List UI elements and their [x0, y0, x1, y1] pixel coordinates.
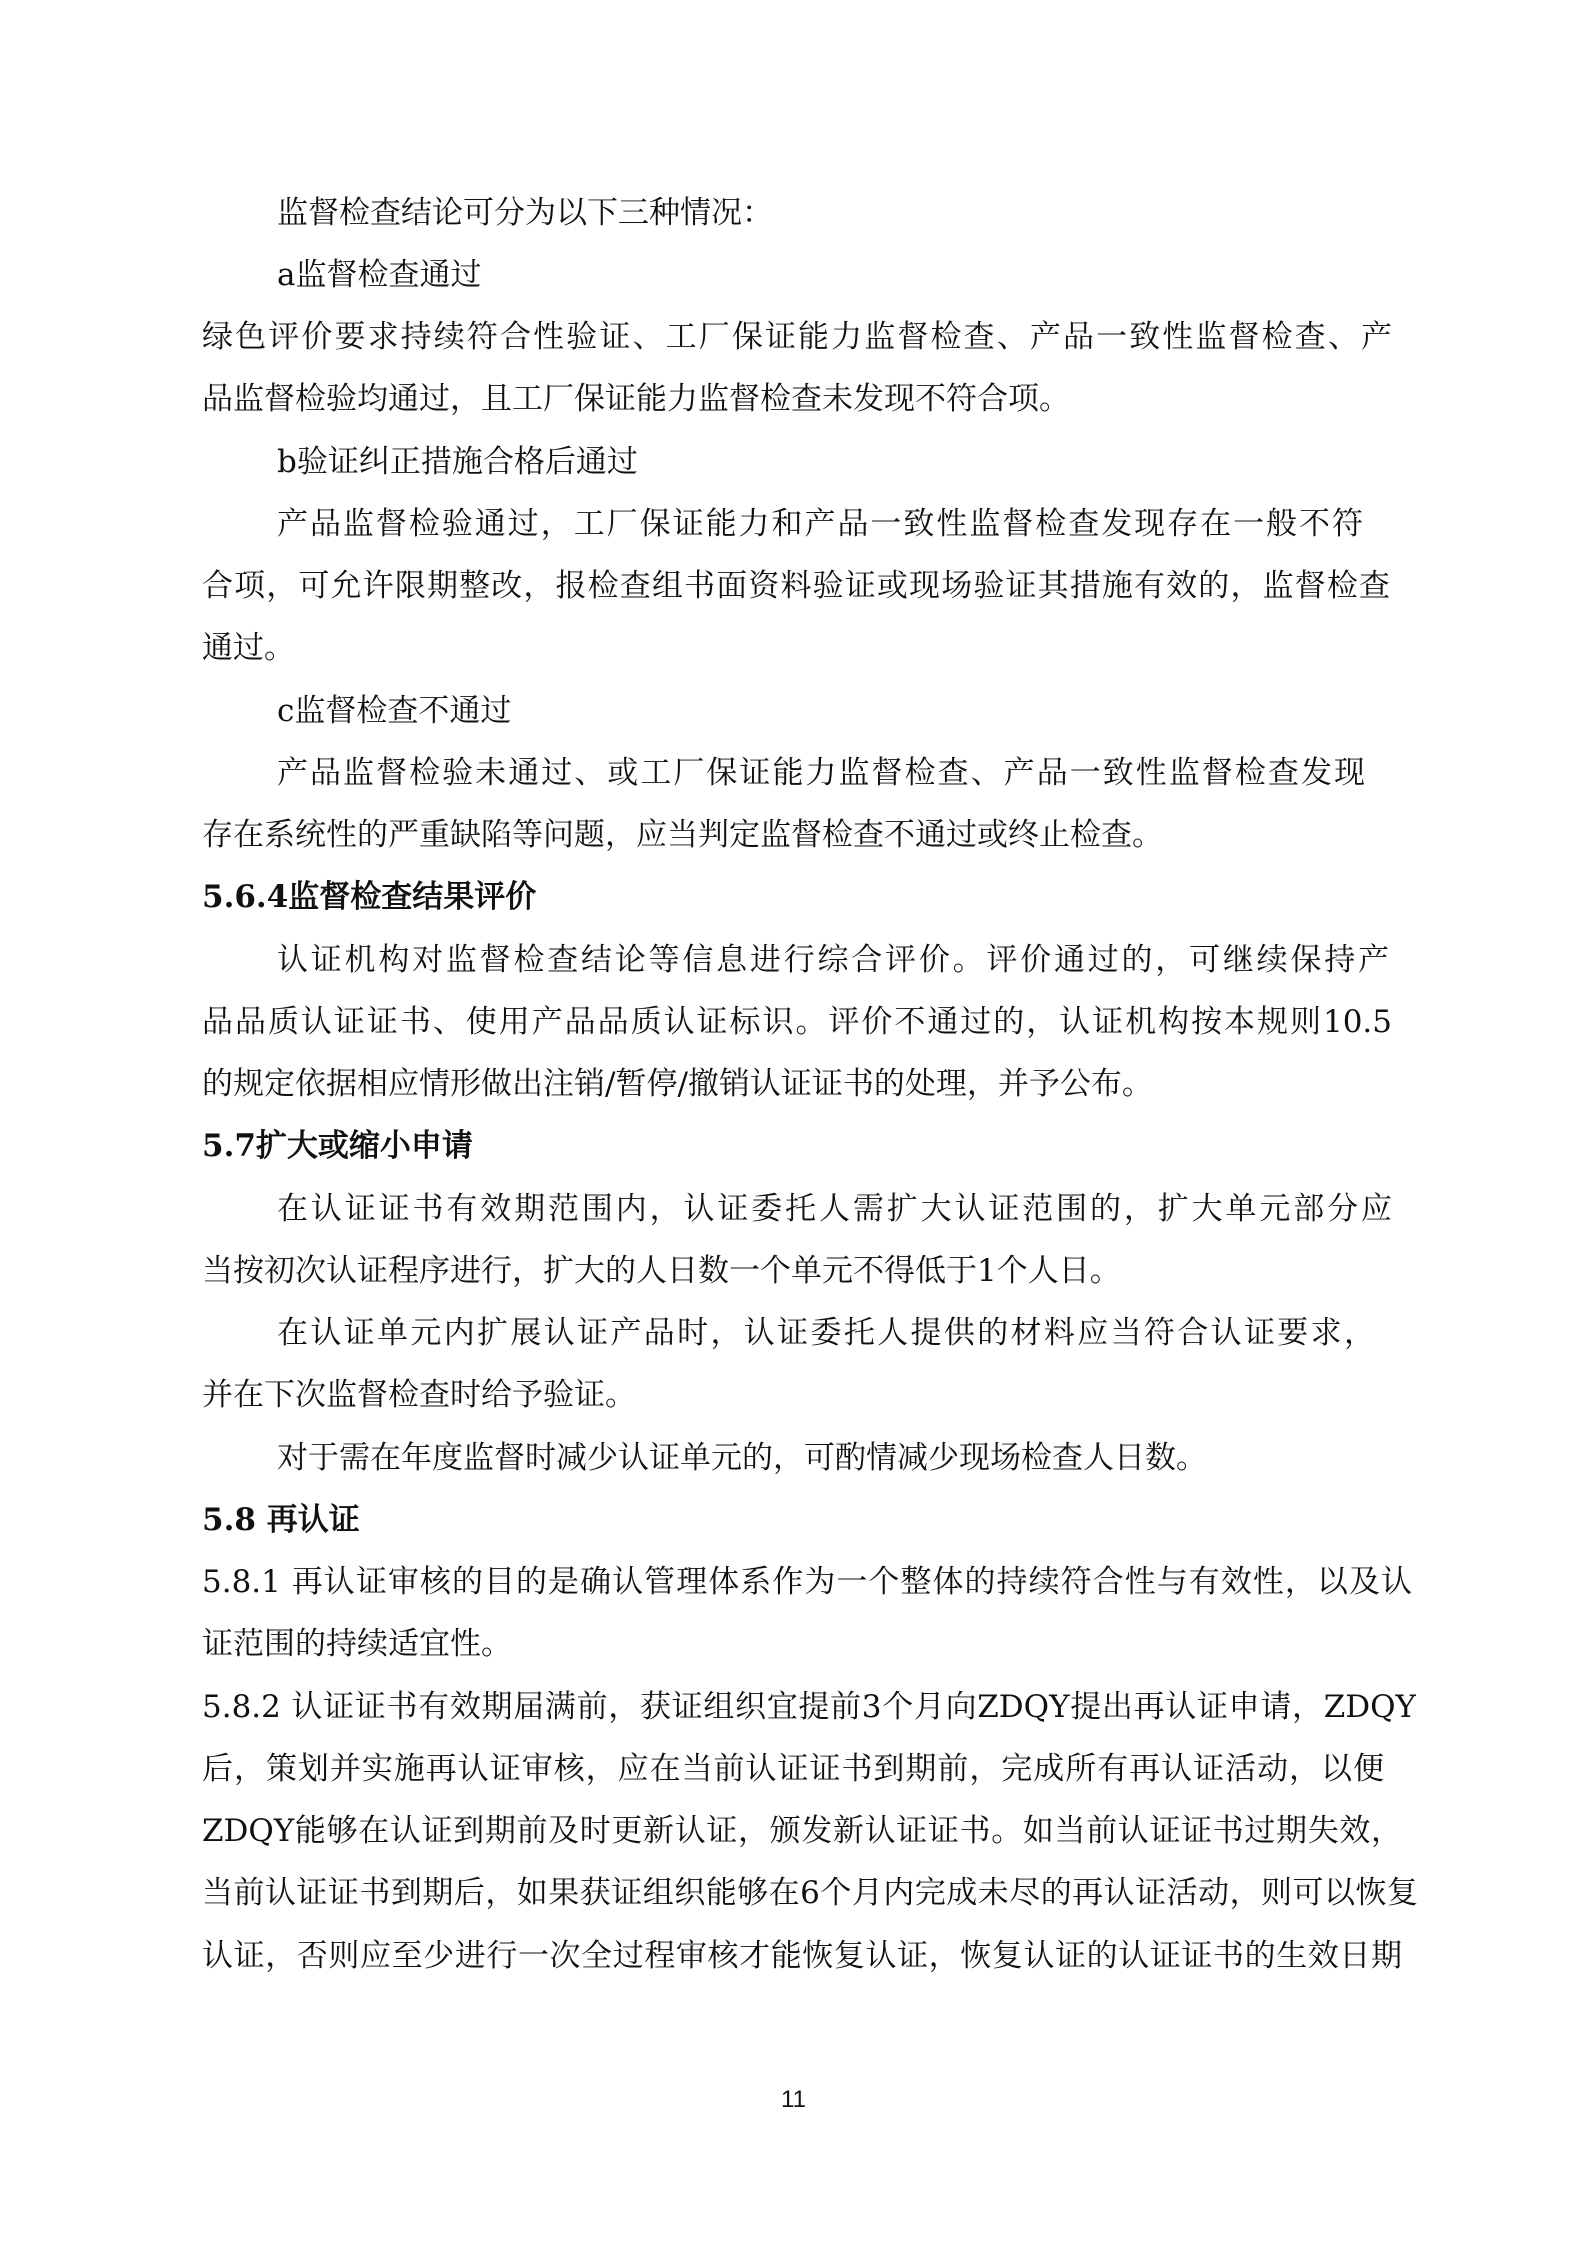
section-5-8-1-line-2: 证范围的持续适宜性。: [202, 1619, 512, 1669]
case-b-text-line-1: 产品监督检验通过，工厂保证能力和产品一致性监督检查发现存在一般不符: [277, 499, 1363, 549]
section-5-7-text-line-1: 在认证证书有效期范围内，认证委托人需扩大认证范围的，扩大单元部分应: [277, 1184, 1392, 1234]
case-a-text-line-2: 品监督检验均通过，且工厂保证能力监督检查未发现不符合项。: [202, 374, 1070, 424]
case-b-text-line-3: 通过。: [202, 623, 295, 673]
section-5-8-2-line-2: 后，策划并实施再认证审核，应在当前认证证书到期前，完成所有再认证活动，以便: [202, 1744, 1384, 1794]
section-5-6-4-text-line-3: 的规定依据相应情形做出注销/暂停/撤销认证证书的处理，并予公布。: [202, 1059, 1153, 1109]
case-b-heading: b验证纠正措施合格后通过: [277, 437, 638, 487]
section-5-6-4-text-line-2: 品品质认证证书、使用产品品质认证标识。评价不通过的，认证机构按本规则10.5: [202, 997, 1392, 1047]
document-page: 监督检查结论可分为以下三种情况： a监督检查通过 绿色评价要求持续符合性验证、工…: [0, 0, 1587, 2245]
section-heading-5-6-4: 5.6.4监督检查结果评价: [202, 872, 536, 922]
section-5-6-4-text-line-1: 认证机构对监督检查结论等信息进行综合评价。评价通过的，可继续保持产: [277, 935, 1389, 985]
case-a-text-line-1: 绿色评价要求持续符合性验证、工厂保证能力监督检查、产品一致性监督检查、产: [202, 312, 1392, 362]
section-5-8-2-line-3: ZDQY能够在认证到期前及时更新认证，颁发新认证证书。如当前认证证书过期失效，在: [202, 1806, 1402, 1856]
section-5-7-text-line-2: 当按初次认证程序进行，扩大的人日数一个单元不得低于1个人日。: [202, 1246, 1121, 1296]
paragraph-intro: 监督检查结论可分为以下三种情况：: [277, 188, 773, 238]
section-heading-5-8: 5.8 再认证: [202, 1495, 360, 1545]
case-c-text-line-1: 产品监督检验未通过、或工厂保证能力监督检查、产品一致性监督检查发现: [277, 748, 1365, 798]
case-b-text-line-2: 合项，可允许限期整改，报检查组书面资料验证或现场验证其措施有效的，监督检查: [202, 561, 1390, 611]
section-5-8-1-line-1: 5.8.1 再认证审核的目的是确认管理体系作为一个整体的持续符合性与有效性，以及…: [202, 1557, 1412, 1607]
section-5-8-2-line-1: 5.8.2 认证证书有效期届满前，获证组织宜提前3个月向ZDQY提出再认证申请，…: [202, 1682, 1416, 1732]
case-c-heading: c监督检查不通过: [277, 686, 511, 736]
case-c-text-line-2: 存在系统性的严重缺陷等问题，应当判定监督检查不通过或终止检查。: [202, 810, 1163, 860]
section-heading-5-7: 5.7扩大或缩小申请: [202, 1121, 473, 1171]
section-5-8-2-line-5: 认证，否则应至少进行一次全过程审核才能恢复认证，恢复认证的认证证书的生效日期: [202, 1931, 1402, 1981]
section-5-7-text-line-3: 在认证单元内扩展认证产品时，认证委托人提供的材料应当符合认证要求，: [277, 1308, 1375, 1358]
section-5-7-text-line-5: 对于需在年度监督时减少认证单元的，可酌情减少现场检查人日数。: [277, 1433, 1207, 1483]
case-a-heading: a监督检查通过: [277, 250, 481, 300]
section-5-8-2-line-4: 当前认证证书到期后，如果获证组织能够在6个月内完成未尽的再认证活动，则可以恢复: [202, 1868, 1418, 1918]
page-number: 11: [0, 2082, 1587, 2118]
section-5-7-text-line-4: 并在下次监督检查时给予验证。: [202, 1370, 636, 1420]
